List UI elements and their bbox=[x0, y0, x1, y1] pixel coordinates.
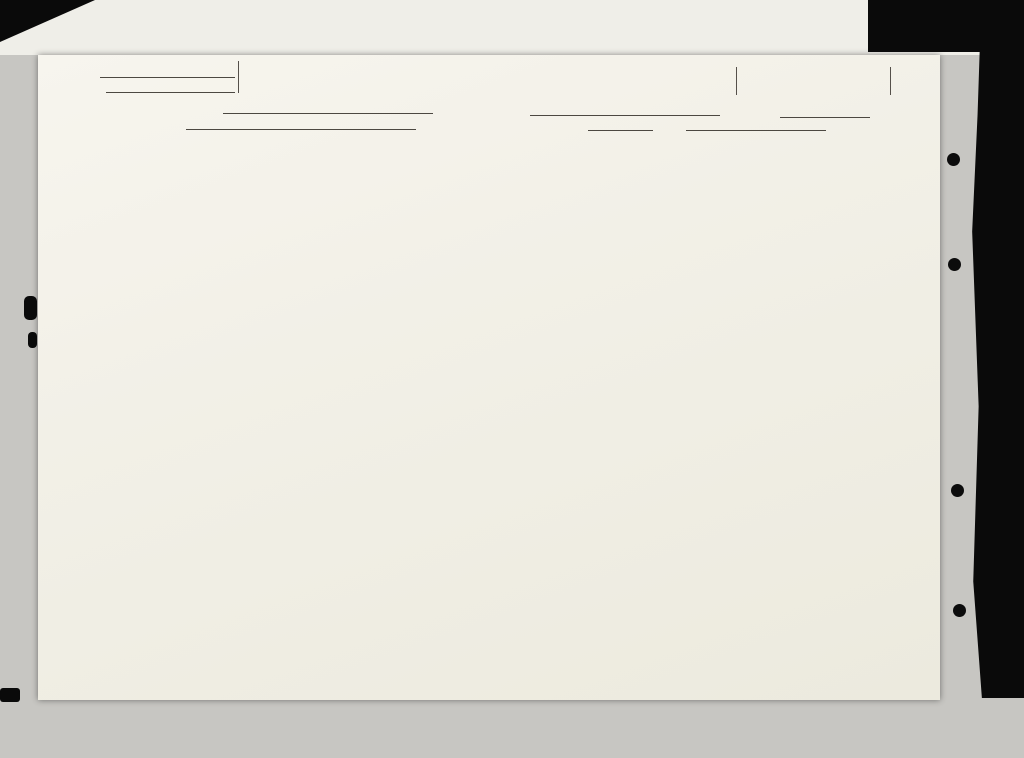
hole-punch bbox=[953, 604, 966, 617]
scan-artifact-bottom-left bbox=[0, 688, 20, 702]
scan-artifact-right-band bbox=[970, 50, 1024, 698]
scan-artifact-left-blob bbox=[24, 296, 37, 320]
scanned-census-sheet bbox=[0, 0, 1024, 758]
hole-punch bbox=[948, 258, 961, 271]
hole-punch bbox=[947, 153, 960, 166]
scan-artifact-top-right bbox=[868, 0, 1024, 52]
scan-artifact-left-blob bbox=[28, 332, 37, 348]
census-sheet-paper bbox=[38, 55, 940, 700]
hole-punch bbox=[951, 484, 964, 497]
header-brace bbox=[238, 61, 239, 93]
